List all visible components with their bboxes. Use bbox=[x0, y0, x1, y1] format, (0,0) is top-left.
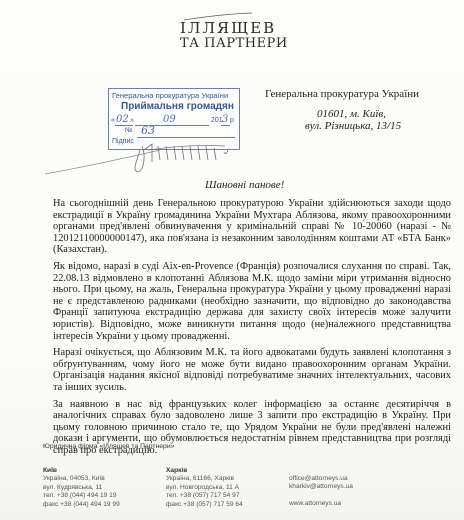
handwritten-signature-icon bbox=[40, 138, 270, 178]
letter-page: ІЛЛЯЩЕВ ТА ПАРТНЕРИ Генеральна прокурату… bbox=[0, 0, 464, 520]
kharkiv-phone: тел. +38 (057) 717 54 97 bbox=[166, 492, 243, 500]
stamp-day-open-quote: « bbox=[111, 117, 115, 124]
stamp-year-unit: р bbox=[230, 117, 234, 124]
footer-contacts: office@attorneys.ua kharkiv@attorneys.ua… bbox=[289, 475, 353, 508]
addressee-city: 01601, м. Київ, bbox=[317, 108, 386, 120]
stamp-number: 63 bbox=[141, 124, 155, 137]
email-office-link[interactable]: office@attorneys.ua bbox=[289, 475, 353, 483]
logo-name: ІЛЛЯЩЕВ bbox=[180, 19, 276, 37]
logo-subtitle: ТА ПАРТНЕРИ bbox=[180, 36, 288, 51]
stamp-year-line bbox=[221, 125, 230, 126]
stamp-day-close-quote: » bbox=[130, 117, 134, 124]
email-kharkiv-link[interactable]: kharkiv@attorneys.ua bbox=[289, 483, 353, 491]
stamp-year-suffix: 3 bbox=[222, 114, 228, 125]
stamp-month: 09 bbox=[163, 114, 176, 125]
website-link[interactable]: www.attorneys.ua bbox=[289, 500, 353, 508]
stamp-organization: Генеральна прокуратура України bbox=[112, 91, 228, 100]
kharkiv-country-line: Україна, 61166, Харків bbox=[166, 475, 243, 483]
stamp-year-prefix: 201 bbox=[211, 117, 223, 124]
footer-kharkiv-office: Харків Україна, 61166, Харків вул. Новго… bbox=[166, 467, 243, 509]
letter-body: На сьогоднішній день Генеральною прокура… bbox=[53, 198, 451, 461]
footer-kyiv-office: Київ Україна, 04053, Київ вул. Кудрявськ… bbox=[43, 467, 120, 509]
addressee-organization: Генеральна прокуратура України bbox=[265, 88, 419, 100]
kharkiv-fax: факс +38 (057) 717 59 64 bbox=[166, 501, 243, 509]
kyiv-fax: факс +38 (044) 494 19 99 bbox=[43, 501, 120, 509]
kharkiv-street: вул. Новгородська, 11 А bbox=[166, 484, 243, 492]
firm-signature: Юридична фірма «Ілляшев та Партнери» bbox=[43, 443, 174, 450]
stamp-title: Приймальня громадян bbox=[121, 101, 234, 112]
kyiv-title: Київ bbox=[43, 467, 120, 475]
stamp-day-line bbox=[115, 125, 133, 126]
addressee-street: вул. Різницька, 13/15 bbox=[305, 120, 401, 132]
greeting: Шановні панове! bbox=[205, 179, 284, 191]
kyiv-country-line: Україна, 04053, Київ bbox=[43, 475, 120, 483]
stamp-date: « 02 » 09 201 3 р bbox=[111, 115, 237, 127]
kyiv-street: вул. Кудрявська, 11 bbox=[43, 484, 120, 492]
stamp-number-label: № bbox=[125, 127, 133, 134]
body-paragraph: Як відомо, наразі в суді Aix-en-Provence… bbox=[53, 261, 451, 342]
stamp-day: 02 bbox=[116, 114, 129, 125]
body-paragraph: На сьогоднішній день Генеральною прокура… bbox=[53, 198, 451, 256]
body-paragraph: Наразі очікується, що Аблязовим М.К. та … bbox=[53, 347, 451, 393]
kyiv-phone: тел. +38 (044) 494 19 19 bbox=[43, 492, 120, 500]
